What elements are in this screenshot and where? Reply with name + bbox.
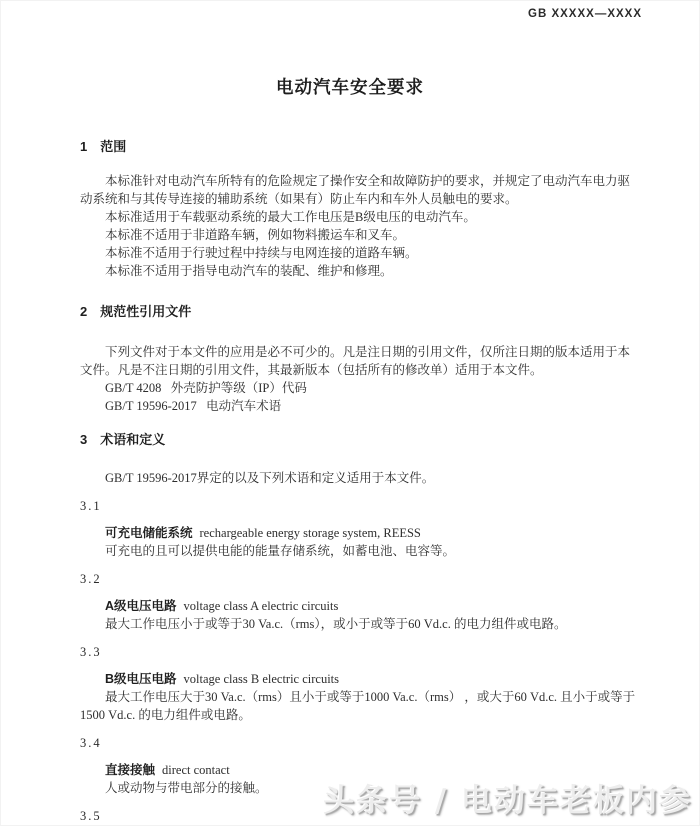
- section-heading-terms: 3术语和定义: [80, 431, 640, 449]
- term-number: 3.4: [80, 734, 640, 752]
- term-heading: 可充电储能系统rechargeable energy storage syste…: [80, 524, 640, 542]
- section-label: 范围: [100, 139, 126, 154]
- section-number: 3: [80, 432, 87, 447]
- scope-paragraph: 本标准不适用于行驶过程中持续与电网连接的道路车辆。: [80, 244, 640, 262]
- scope-paragraph: 本标准适用于车载驱动系统的最大工作电压是B级电压的电动汽车。: [80, 208, 640, 226]
- term-name-zh: B级电压电路: [105, 672, 177, 686]
- terms-intro: GB/T 19596-2017界定的以及下列术语和定义适用于本文件。: [80, 469, 640, 487]
- scope-paragraph: 本标准不适用于非道路车辆，例如物料搬运车和叉车。: [80, 226, 640, 244]
- term-definition: 最大工作电压小于或等于30 Va.c.（rms），或小于或等于60 Vd.c. …: [80, 615, 640, 633]
- section-label: 术语和定义: [100, 432, 165, 447]
- term-definition: 最大工作电压大于30 Va.c.（rms）且小于或等于1000 Va.c.（rm…: [80, 688, 640, 724]
- term-name-zh: 可充电储能系统: [105, 526, 193, 540]
- term-number: 3.2: [80, 570, 640, 588]
- references-intro: 下列文件对于本文件的应用是必不可少的。凡是注日期的引用文件，仅所注日期的版本适用…: [80, 343, 640, 379]
- term-name-en: rechargeable energy storage system, REES…: [200, 526, 421, 540]
- document-body: 1范围 本标准针对电动汽车所特有的危险规定了操作安全和故障防护的要求，并规定了电…: [80, 130, 640, 825]
- document-page: GB XXXXX—XXXX 电动汽车安全要求 1范围 本标准针对电动汽车所特有的…: [0, 0, 700, 826]
- term-name-zh: 直接接触: [105, 763, 155, 777]
- term-name-en: voltage class A electric circuits: [184, 599, 339, 613]
- term-heading: B级电压电路voltage class B electric circuits: [80, 670, 640, 688]
- section-number: 1: [80, 139, 87, 154]
- term-number: 3.3: [80, 643, 640, 661]
- term-name-en: direct contact: [162, 763, 230, 777]
- section-heading-scope: 1范围: [80, 138, 640, 156]
- page-title: 电动汽车安全要求: [0, 74, 700, 99]
- section-number: 2: [80, 304, 87, 319]
- term-heading: A级电压电路voltage class A electric circuits: [80, 597, 640, 615]
- reference-entry: GB/T 19596-2017 电动汽车术语: [80, 397, 640, 415]
- term-name-en: voltage class B electric circuits: [184, 672, 340, 686]
- watermark: 头条号 / 电动车老板内参: [323, 775, 692, 820]
- scope-paragraph: 本标准针对电动汽车所特有的危险规定了操作安全和故障防护的要求，并规定了电动汽车电…: [80, 172, 640, 208]
- section-heading-references: 2规范性引用文件: [80, 303, 640, 321]
- reference-entry: GB/T 4208 外壳防护等级（IP）代码: [80, 379, 640, 397]
- standard-code: GB XXXXX—XXXX: [528, 8, 642, 20]
- term-definition: 可充电的且可以提供电能的能量存储系统，如蓄电池、电容等。: [80, 542, 640, 560]
- section-label: 规范性引用文件: [100, 304, 191, 319]
- term-number: 3.1: [80, 497, 640, 515]
- term-name-zh: A级电压电路: [105, 599, 177, 613]
- scope-paragraph: 本标准不适用于指导电动汽车的装配、维护和修理。: [80, 262, 640, 280]
